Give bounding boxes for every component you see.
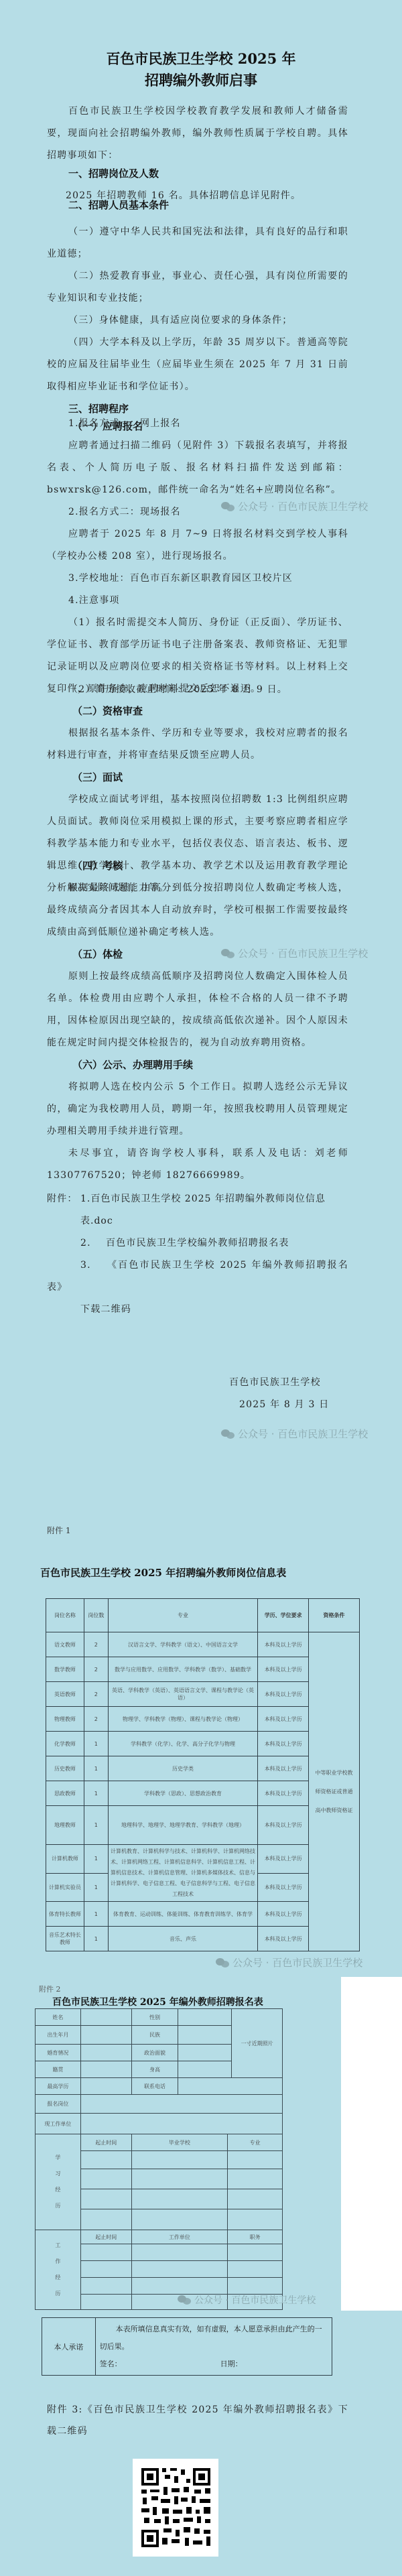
signature-field[interactable]: 签名： bbox=[100, 2356, 220, 2373]
section-2-heading: 二、招聘人员基本条件 bbox=[68, 194, 169, 216]
wechat-icon bbox=[221, 948, 234, 959]
pledge-text: 本表所填信息真实有效，如有虚假，本人愿意承担由此产生的一切后果。 bbox=[100, 2321, 329, 2356]
section-1-heading: 一、招聘岗位及人数 bbox=[68, 163, 159, 185]
name-field[interactable] bbox=[80, 2009, 131, 2026]
study-history-table: 学习经历起止时间毕业学校专业 bbox=[35, 2134, 283, 2230]
condition-2: （二）热爱教育事业，事业心、责任心强，具有岗位所需要的专业知识和专业技能； bbox=[47, 265, 348, 310]
qr-code-icon bbox=[133, 2459, 218, 2557]
wechat-icon bbox=[221, 501, 234, 512]
registration-method-1: 1.报名方式一：网上报名 bbox=[68, 413, 181, 435]
native-place-field[interactable] bbox=[80, 2061, 131, 2078]
interview-heading: （三）面试 bbox=[72, 767, 123, 789]
wechat-icon bbox=[216, 1957, 229, 1968]
pledge-table: 本人承诺 本表所填信息真实有效，如有虚假，本人愿意承担由此产生的一切后果。 签名… bbox=[42, 2317, 332, 2376]
employer-field[interactable] bbox=[80, 2114, 282, 2134]
watermark-5: 公众号 · 百色市民族卫生学校 bbox=[178, 2293, 316, 2307]
notes-heading: 4.注意事项 bbox=[68, 590, 120, 612]
phone-field[interactable] bbox=[178, 2078, 283, 2095]
qualification-review-text: 根据报名基本条件、学历和专业等要求，我校对应聘者的报名材料进行审查，并将审查结果… bbox=[47, 722, 348, 767]
work-history-label: 工作经历 bbox=[36, 2230, 81, 2310]
watermark-2: 公众号 · 百色市民族卫生学校 bbox=[221, 946, 368, 960]
registration-form-table: 姓名性别一寸近期照片 出生年月民族 婚育情况政治面貌 籍贯身高 最高学历联系电话… bbox=[35, 2008, 283, 2134]
registration-method-2-text: 应聘者于 2025 年 8 月 7~9 日将报名材料交到学校人事科（学校办公楼 … bbox=[47, 523, 348, 568]
header-major: 专业 bbox=[108, 1599, 257, 1632]
intro-paragraph: 百色市民族卫生学校因学校教育教学发展和教师人才储备需要，现面向社会招聘编外教师，… bbox=[47, 101, 348, 167]
table-row: 语文教师2汉语言文学、学科教学（语文）、中国语言文学本科及以上学历 中等职业学校… bbox=[46, 1632, 360, 1657]
date-field[interactable]: 日期： bbox=[220, 2356, 243, 2373]
annex-3-text: 附件 3:《百色市民族卫生学校 2025 年编外教师招聘报名表》下载二维码 bbox=[47, 2399, 348, 2442]
contact-info: 未尽事宜，请咨询学校人事科，联系人及电话：刘老师 13307767520；钟老师… bbox=[47, 1143, 348, 1187]
watermark-1: 公众号 · 百色市民族卫生学校 bbox=[221, 499, 368, 513]
watermark-3: 公众号 · 百色市民族卫生学校 bbox=[221, 1427, 368, 1441]
attachment-qr-label: 下载二维码 bbox=[80, 1299, 131, 1321]
pledge-label: 本人承诺 bbox=[42, 2318, 96, 2376]
signing-organization: 百色市民族卫生学校 bbox=[229, 1372, 321, 1394]
registration-method-1-text: 应聘者通过扫描二维码（见附件 3）下载报名表填写，并将报名表、个人简历电子版、报… bbox=[47, 435, 348, 501]
table-header-row: 岗位名称 岗位数 专业 学历、学位要求 资格条件 bbox=[46, 1599, 360, 1632]
gender-field[interactable] bbox=[178, 2009, 232, 2026]
assessment-heading: （四）考核 bbox=[72, 855, 123, 877]
publicity-heading: （六）公示、办理聘用手续 bbox=[72, 1054, 193, 1076]
assessment-text: 根据最终成绩，由高分到低分按招聘岗位人数确定考核人选，最终成绩高分者因其本人自动… bbox=[47, 877, 348, 944]
condition-3: （三）身体健康，具有适应岗位要求的身体条件； bbox=[47, 310, 348, 332]
watermark-4: 公众号 · 百色市民族卫生学校 bbox=[216, 1955, 362, 1970]
header-count: 岗位数 bbox=[84, 1599, 108, 1632]
white-margin-block bbox=[341, 1977, 402, 2311]
position-field[interactable] bbox=[80, 2095, 282, 2114]
birth-field[interactable] bbox=[80, 2026, 131, 2045]
attachment-3-link[interactable]: 《百色市民族卫生学校 2025 年编外教师招聘报名表》 bbox=[47, 1254, 348, 1299]
header-qualification: 资格条件 bbox=[309, 1599, 360, 1632]
header-position: 岗位名称 bbox=[46, 1599, 84, 1632]
condition-4: （四）大学本科及以上学历，年龄 35 周岁以下。普通高等院校的应届及往届毕业生（… bbox=[47, 332, 348, 398]
annex-2-title: 百色市民族卫生学校 2025 年编外教师招聘报名表 bbox=[52, 1995, 263, 2008]
marital-field[interactable] bbox=[80, 2045, 131, 2061]
document-title-line2: 招聘编外教师启事 bbox=[0, 70, 402, 91]
qualification-review-heading: （二）资格审查 bbox=[72, 700, 143, 722]
document-title-line1: 百色市民族卫生学校 2025 年 bbox=[0, 48, 402, 70]
condition-1: （一）遵守中华人民共和国宪法和法律，具有良好的品行和职业道德； bbox=[47, 221, 348, 265]
political-field[interactable] bbox=[178, 2045, 232, 2061]
wechat-icon bbox=[178, 2295, 191, 2305]
attachment-1-link[interactable]: 1.百色市民族卫生学校 2025 年招聘编外教师岗位信息表.doc bbox=[80, 1188, 345, 1232]
school-address: 3.学校地址：百色市百东新区职教育园区卫校片区 bbox=[68, 568, 293, 590]
qr-code[interactable] bbox=[133, 2459, 218, 2557]
annex-1-label: 附件 1 bbox=[47, 1525, 70, 1536]
position-info-table: 岗位名称 岗位数 专业 学历、学位要求 资格条件 语文教师2汉语言文学、学科教学… bbox=[46, 1598, 360, 1951]
publicity-text: 将拟聘人选在校内公示 5 个工作日。拟聘人选经公示无异议的，确定为我校聘用人员，… bbox=[47, 1076, 348, 1143]
header-education: 学历、学位要求 bbox=[258, 1599, 309, 1632]
signing-date: 2025 年 8 月 3 日 bbox=[239, 1394, 330, 1416]
medical-exam-text: 原则上按最终成绩高低顺序及招聘岗位人数确定入围体检人员名单。体检费用由应聘个人承… bbox=[47, 966, 348, 1054]
attachment-2-link[interactable]: 百色市民族卫生学校编外教师招聘报名表 bbox=[106, 1232, 289, 1254]
wechat-icon bbox=[221, 1429, 234, 1439]
attachment-2-number: 2. bbox=[80, 1232, 91, 1254]
attachments-label: 附件： bbox=[47, 1188, 78, 1210]
registration-method-2: 2.报名方式二：现场报名 bbox=[68, 501, 181, 523]
medical-exam-heading: （五）体检 bbox=[72, 944, 123, 966]
annex-1-title: 百色市民族卫生学校 2025 年招聘编外教师岗位信息表 bbox=[40, 1565, 286, 1580]
education-field[interactable] bbox=[80, 2078, 131, 2095]
height-field[interactable] bbox=[178, 2061, 232, 2078]
annex-2-label: 附件 2 bbox=[39, 1984, 61, 1994]
study-history-label: 学习经历 bbox=[36, 2134, 81, 2230]
note-2: （2）简历接收截止时间：2025 年 8 月 9 日。 bbox=[68, 679, 287, 701]
ethnic-field[interactable] bbox=[178, 2026, 232, 2045]
qualification-cell: 中等职业学校教师资格证或普通高中教师资格证 bbox=[309, 1632, 360, 1951]
photo-box: 一寸近期照片 bbox=[232, 2009, 283, 2078]
